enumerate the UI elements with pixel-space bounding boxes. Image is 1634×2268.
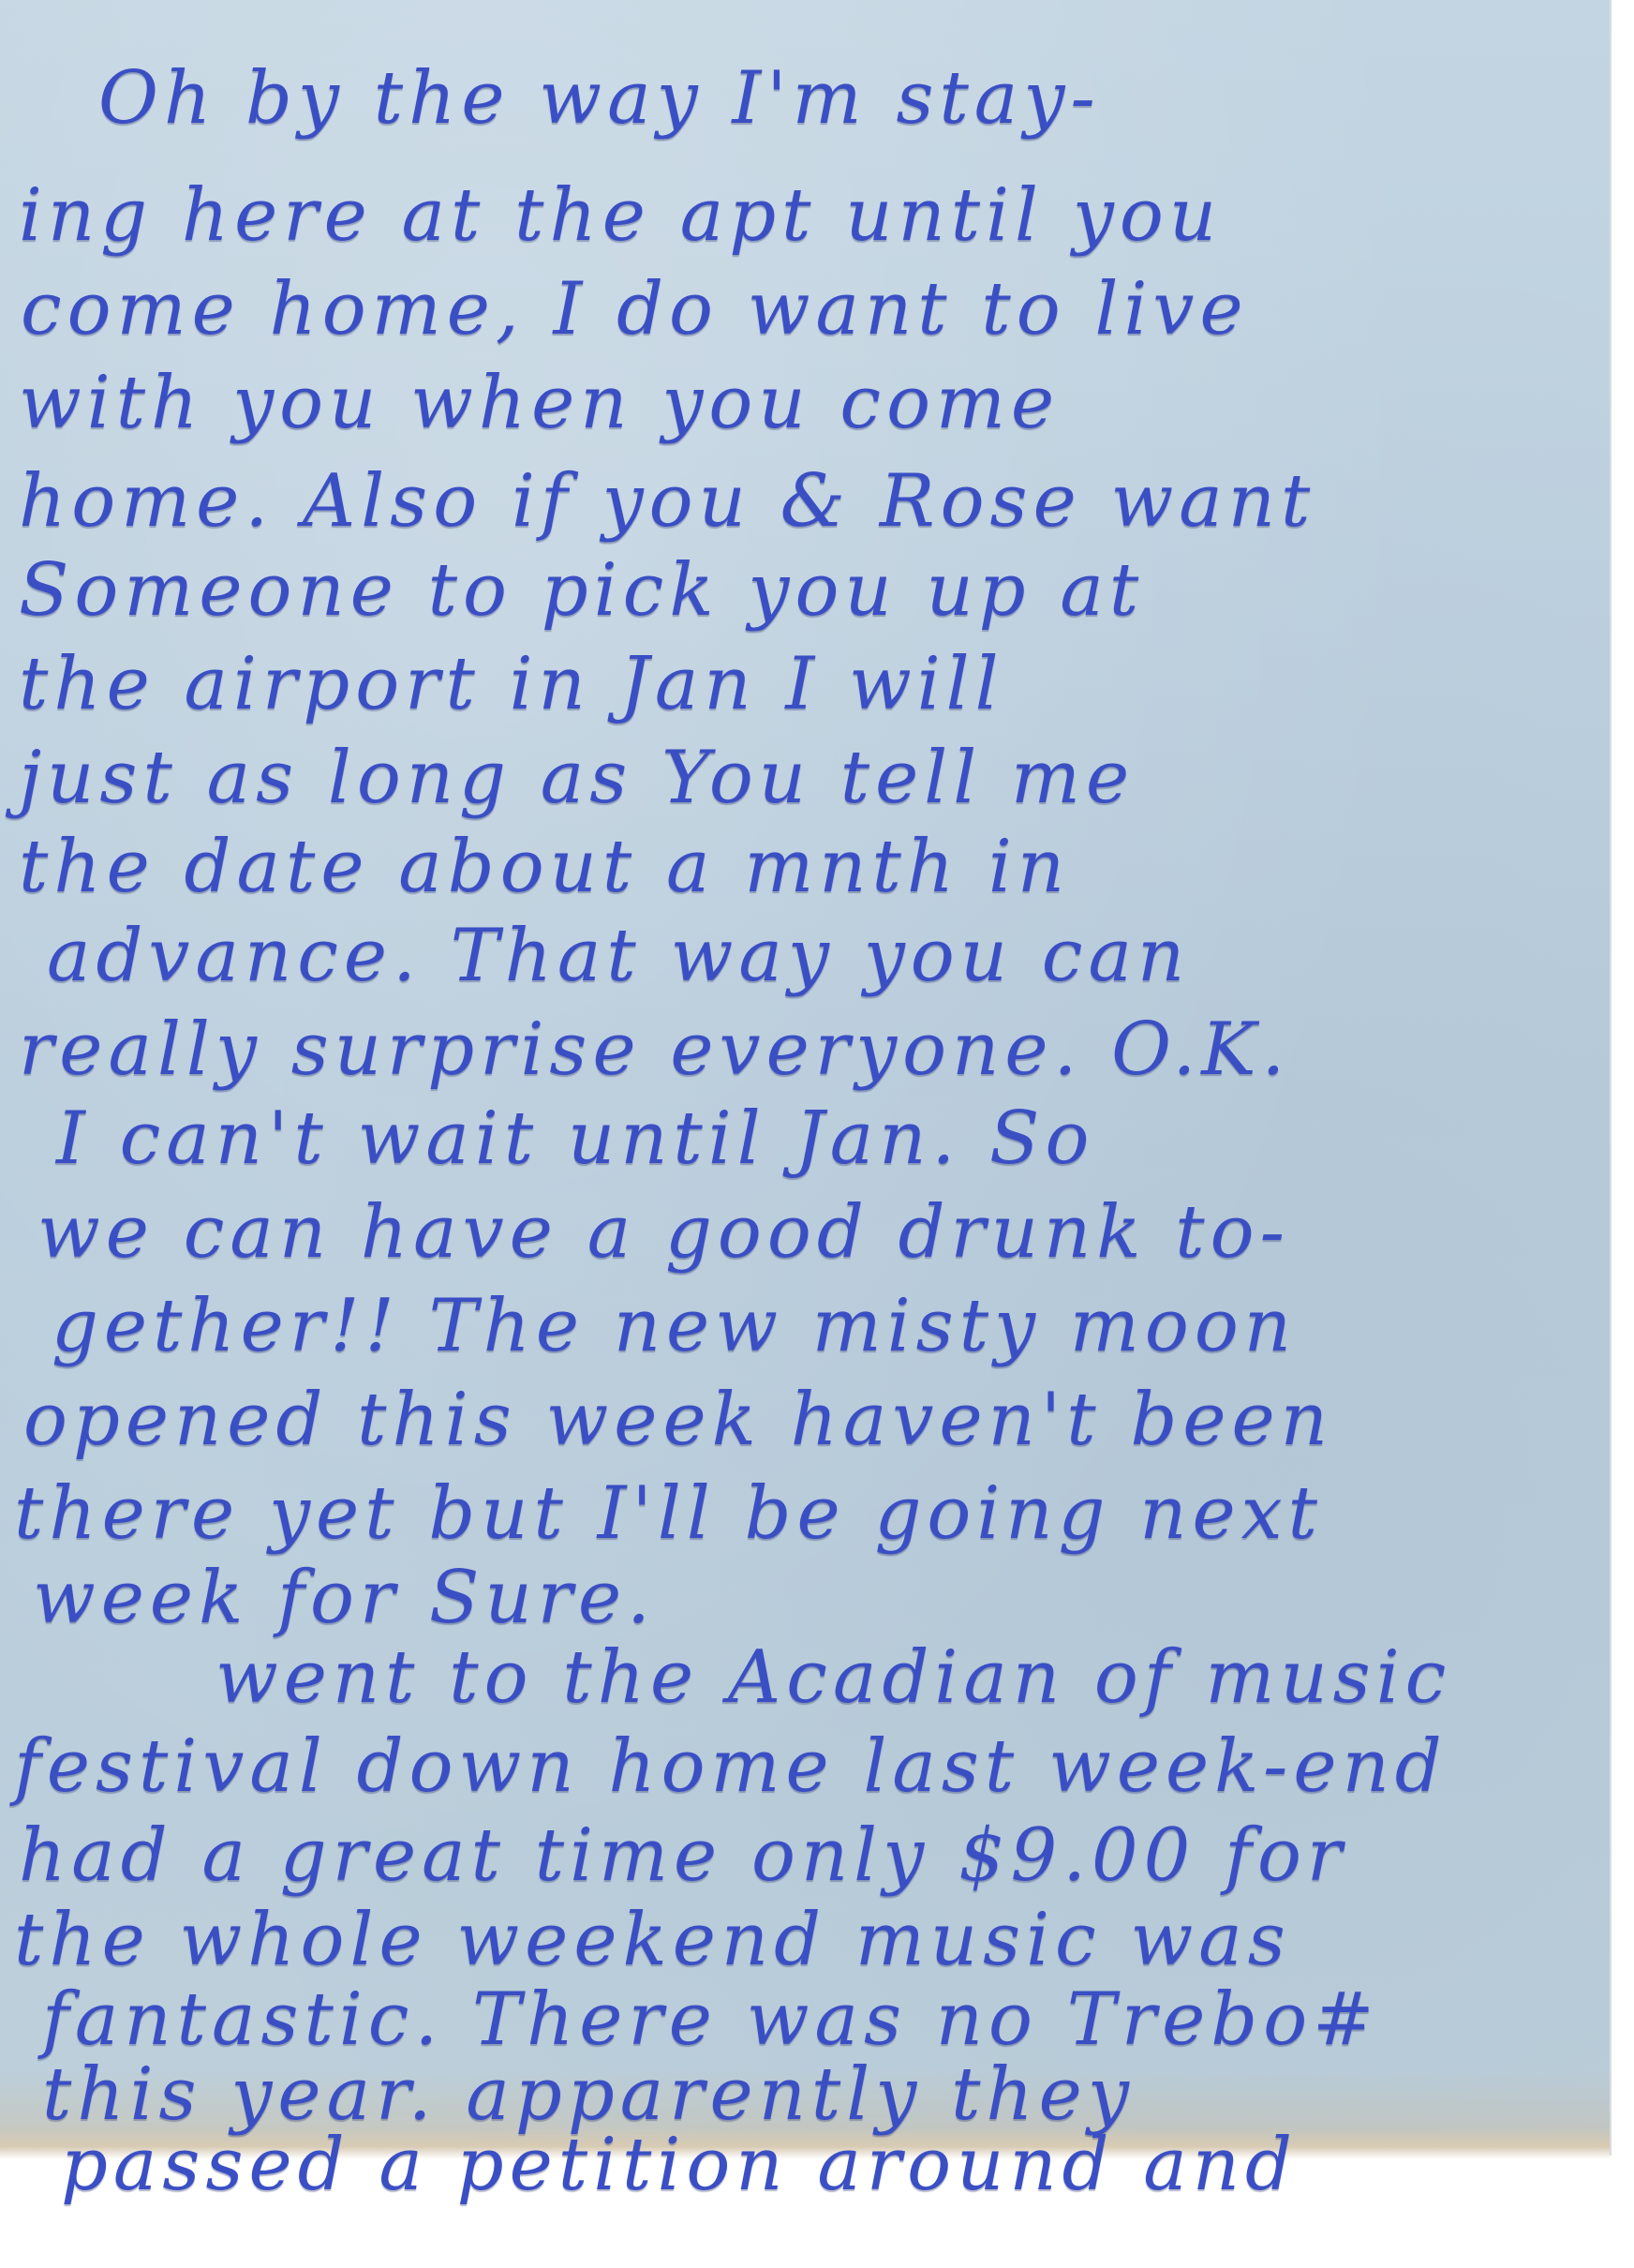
letter-line: come home, I do want to live (21, 267, 1249, 351)
letter-line: the whole weekend music was (14, 1898, 1291, 1982)
letter-line: fantastic. There was no Trebo# (42, 1977, 1380, 2062)
letter-line: the date about a mnth in (19, 825, 1070, 909)
letter-line: went to the Acadian of music (215, 1635, 1451, 1720)
letter-line: ing here at the apt until you (19, 173, 1222, 258)
letter-line: opened this week haven't been (23, 1378, 1333, 1462)
letter-line: Someone to pick you up at (19, 548, 1144, 633)
letter-line: gether!! The new misty moon (52, 1284, 1297, 1368)
letter-line: Oh by the way I'm stay- (98, 56, 1101, 141)
letter-line: we can have a good drunk to- (37, 1190, 1290, 1275)
letter-line: with you when you come (19, 361, 1060, 445)
letter-line: advance. That way you can (47, 914, 1190, 998)
letter-line: festival down home last week-end (14, 1724, 1448, 1809)
letter-line: week for Sure. (33, 1556, 656, 1640)
letter-line: the airport in Jan I will (19, 642, 1004, 726)
letter-line: I can't wait until Jan. So (56, 1097, 1094, 1181)
letter-line: really surprise everyone. O.K. (19, 1007, 1290, 1092)
letter-line: there yet but I'll be going next (14, 1471, 1323, 1556)
letter-line: had a great time only $9.00 for (19, 1813, 1347, 1898)
letter-line: just as long as You tell me (19, 736, 1135, 820)
letter-line: home. Also if you & Rose want (19, 459, 1315, 544)
letter-line: passed a petition around and (61, 2123, 1298, 2207)
